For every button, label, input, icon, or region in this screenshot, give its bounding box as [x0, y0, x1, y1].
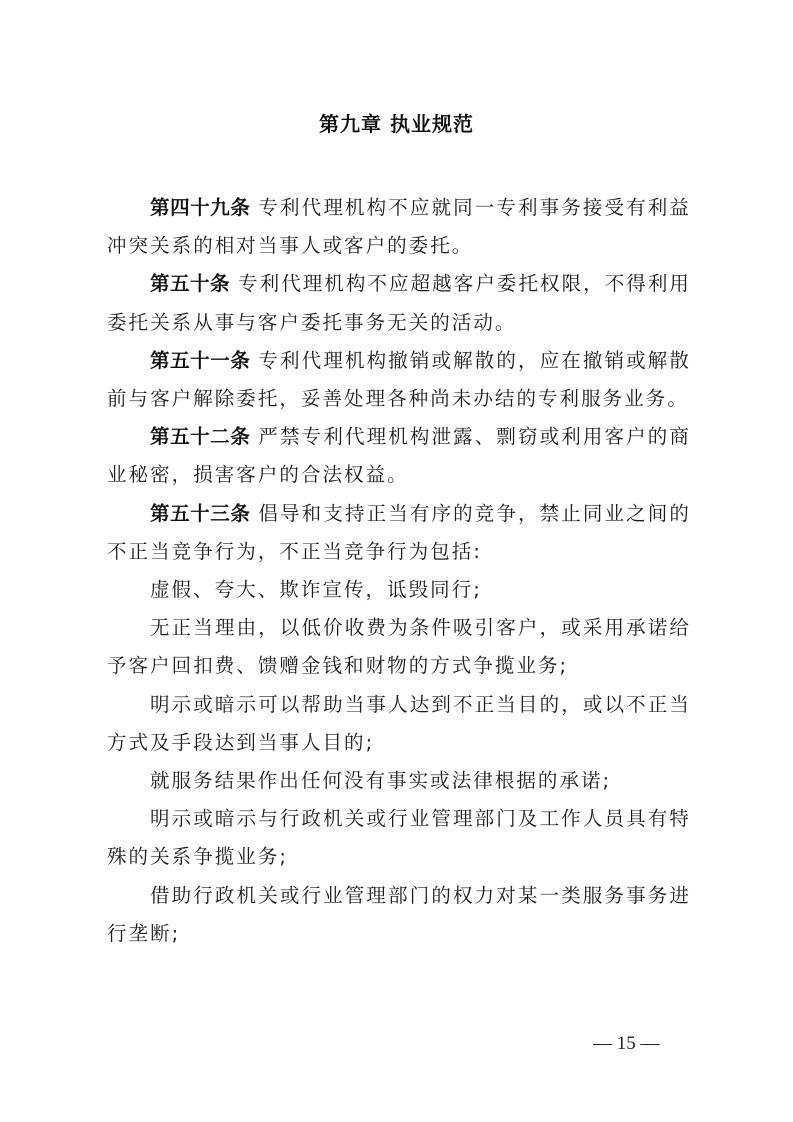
- article-number: 第五十二条: [150, 425, 250, 448]
- page-number: — 15 —: [593, 1033, 660, 1055]
- list-item-text: 明示或暗示与行政机关或行业管理部门及工作人员具有特殊的关系争揽业务;: [107, 807, 691, 868]
- article-49: 第四十九条专利代理机构不应就同一专利事务接受有利益冲突关系的相对当事人或客户的委…: [107, 189, 691, 265]
- document-body: 第四十九条专利代理机构不应就同一专利事务接受有利益冲突关系的相对当事人或客户的委…: [107, 189, 691, 953]
- list-item-monopoly: 借助行政机关或行业管理部门的权力对某一类服务事务进行垄断;: [107, 877, 691, 953]
- article-52: 第五十二条严禁专利代理机构泄露、剽窃或利用客户的商业秘密，损害客户的合法权益。: [107, 418, 691, 494]
- list-item-false-advertising: 虚假、夸大、欺诈宣传，诋毁同行;: [107, 571, 691, 609]
- list-item-improper-purpose: 明示或暗示可以帮助当事人达到不正当目的，或以不正当方式及手段达到当事人目的;: [107, 686, 691, 762]
- article-number: 第五十三条: [150, 502, 250, 525]
- list-item-special-relationship: 明示或暗示与行政机关或行业管理部门及工作人员具有特殊的关系争揽业务;: [107, 800, 691, 876]
- list-item-text: 明示或暗示可以帮助当事人达到不正当目的，或以不正当方式及手段达到当事人目的;: [107, 693, 691, 754]
- list-item-text: 虚假、夸大、欺诈宣传，诋毁同行;: [150, 578, 482, 601]
- document-page: 第九章 执业规范 第四十九条专利代理机构不应就同一专利事务接受有利益冲突关系的相…: [0, 0, 793, 1122]
- article-number: 第五十一条: [150, 349, 250, 372]
- article-number: 第四十九条: [150, 196, 250, 219]
- list-item-text: 无正当理由，以低价收费为条件吸引客户，或采用承诺给予客户回扣费、馈赠金钱和财物的…: [107, 616, 691, 677]
- article-number: 第五十条: [150, 272, 230, 295]
- article-51: 第五十一条专利代理机构撤销或解散的，应在撤销或解散前与客户解除委托，妥善处理各种…: [107, 342, 691, 418]
- list-item-groundless-promise: 就服务结果作出任何没有事实或法律根据的承诺;: [107, 762, 691, 800]
- article-53: 第五十三条倡导和支持正当有序的竞争，禁止同业之间的不正当竞争行为，不正当竞争行为…: [107, 495, 691, 571]
- article-50: 第五十条专利代理机构不应超越客户委托权限，不得利用委托关系从事与客户委托事务无关…: [107, 265, 691, 341]
- list-item-low-price-kickbacks: 无正当理由，以低价收费为条件吸引客户，或采用承诺给予客户回扣费、馈赠金钱和财物的…: [107, 609, 691, 685]
- chapter-title: 第九章 执业规范: [0, 108, 793, 137]
- list-item-text: 就服务结果作出任何没有事实或法律根据的承诺;: [150, 769, 611, 792]
- list-item-text: 借助行政机关或行业管理部门的权力对某一类服务事务进行垄断;: [107, 884, 691, 945]
